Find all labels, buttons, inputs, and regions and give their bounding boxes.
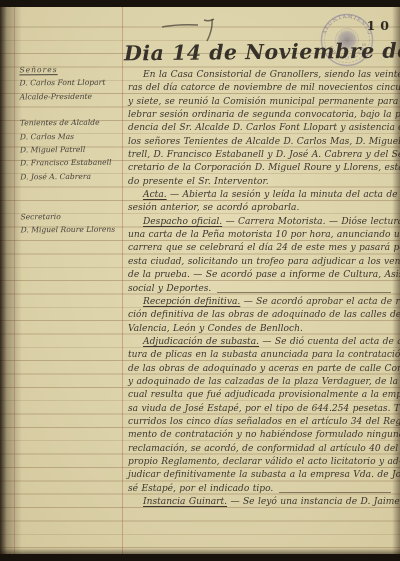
attendees-margin-column: SeñoresD. Carlos Font LlopartAlcalde-Pre… — [19, 63, 122, 237]
session-date-title: Dia 14 de Noviembre de 1957 — [124, 39, 396, 66]
body-line: curridos los cinco días señalados en el … — [128, 416, 397, 429]
body-line: sé Estapé, por el indicado tipo. — [128, 483, 397, 496]
body-line: sa viuda de José Estapé, por el tipo de … — [128, 403, 397, 416]
margin-line: D. Miguel Patrell — [20, 143, 122, 157]
body-line: Adjudicación de subasta. — Se dió cuenta… — [128, 336, 397, 349]
margin-line: D. José A. Cabrera — [20, 169, 122, 183]
body-line: social y Deportes. — [128, 283, 397, 296]
minutes-body-text: En la Casa Consistorial de Granollers, s… — [128, 69, 397, 509]
margin-line: D. Miguel Roure Llorens — [21, 223, 123, 237]
body-line: judicar definitivamente la subasta a la … — [128, 469, 397, 482]
body-line: En la Casa Consistorial de Granollers, s… — [128, 69, 397, 82]
scanned-minutes-photo: AYUNTAMIENTO GRANOLLERS 10 Dia 14 de Nov… — [0, 0, 400, 561]
body-line: y siete, se reunió la Comisión municipal… — [128, 96, 397, 109]
margin-line: Secretario — [20, 209, 122, 223]
body-line: mento de contratación y no habiéndose fo… — [128, 429, 397, 442]
body-line: cual resulta que fué adjudicada provisio… — [128, 389, 397, 402]
ledger-page: AYUNTAMIENTO GRANOLLERS 10 Dia 14 de Nov… — [0, 7, 400, 554]
page-number: 10 — [367, 18, 394, 33]
body-line: sesión anterior, se acordó aprobarla. — [128, 202, 397, 215]
body-line: lebrar sesión ordinaria de segunda convo… — [128, 109, 397, 122]
margin-line: Tenientes de Alcalde — [20, 116, 122, 130]
margin-line — [20, 183, 122, 197]
body-line: Instancia Guinart. — Se leyó una instanc… — [128, 496, 397, 509]
body-line: una carta de la Peña motorista 10 por ho… — [128, 229, 397, 242]
body-line: cretario de la Corporación D. Miguel Rou… — [128, 162, 397, 175]
margin-line: Señores — [19, 63, 121, 77]
margin-line: D. Carlos Font Llopart — [19, 76, 121, 90]
margin-line — [20, 196, 122, 210]
body-line: los señores Tenientes de Alcalde D. Carl… — [128, 136, 397, 149]
bottom-shadow — [0, 548, 400, 554]
filler-rule — [217, 283, 391, 293]
body-line: dencia del Sr. Alcalde D. Carlos Font Ll… — [128, 122, 397, 135]
body-line: Valencia, León y Condes de Benlloch. — [128, 323, 397, 336]
body-line: trell, D. Francisco Estabanell y D. José… — [128, 149, 397, 162]
body-line: ras del día catorce de noviembre de mil … — [128, 82, 397, 95]
margin-line: D. Francisco Estabanell — [20, 156, 122, 170]
body-line: carrera que se celebrará el día 24 de es… — [128, 242, 397, 255]
body-line: de las obras de adoquinado y aceras en p… — [128, 363, 397, 376]
margin-line — [20, 103, 122, 117]
margin-line: D. Carlos Mas — [20, 129, 122, 143]
body-line: tura de plicas en la subasta anunciada p… — [128, 349, 397, 362]
body-line: y adoquinado de las calzadas de la plaza… — [128, 376, 397, 389]
margin-line: Alcalde-Presidente — [20, 89, 122, 103]
body-line: Despacho oficial. — Carrera Motorista. —… — [128, 216, 397, 229]
left-margin-rule — [14, 7, 15, 554]
body-line: Recepción definitiva. — Se acordó aproba… — [128, 296, 397, 309]
filler-rule — [279, 483, 391, 493]
body-line: propio Reglamento, declarar válido el ac… — [128, 456, 397, 469]
body-line: reclamación, se acordó, de conformidad a… — [128, 443, 397, 456]
body-line: esta ciudad, solicitando un trofeo para … — [128, 256, 397, 269]
body-line: de la prueba. — Se acordó pase a informe… — [128, 269, 397, 282]
body-line: Acta. — Abierta la sesión y leída la min… — [128, 189, 397, 202]
column-divider-rule — [122, 7, 123, 554]
body-line: do presente el Sr. Interventor. — [128, 176, 397, 189]
body-line: ción definitiva de las obras de adoquina… — [128, 309, 397, 322]
